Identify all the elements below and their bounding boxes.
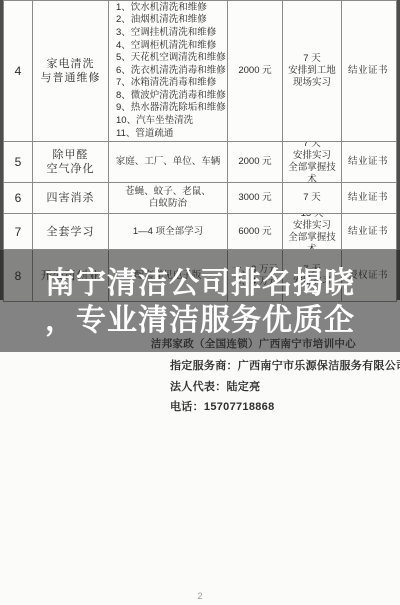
table-row: 7 全套学习 1—4 项全部学习 6000 元 15 天 安排实习 全部掌握技术… <box>4 214 396 250</box>
title-banner-overlay: 南宁清洁公司排名揭晓 ，专业清洁服务优质企 洁邦家政（全国连锁）广西南宁市培训中… <box>0 250 400 352</box>
duration-cell: 7 天 <box>283 183 342 213</box>
banner-title-line1: 南宁清洁公司排名揭晓 <box>0 265 400 302</box>
course-content-cell: 1、饮水机清洗和维修 2、油烟机清洗和维修 3、空调挂机清洗和维修 4、空调柜机… <box>109 1 228 141</box>
row-number-cell: 7 <box>4 214 33 249</box>
table-row: 5 除甲醛 空气净化 家庭、工厂、单位、车辆 2000 元 7 天 安排实习 全… <box>4 142 396 183</box>
certificate-cell: 结业证书 <box>342 142 394 182</box>
banner-title-line2: ，专业清洁服务优质企 <box>0 302 400 339</box>
course-name-cell: 全套学习 <box>33 214 109 249</box>
course-name-cell: 四害消杀 <box>33 183 109 213</box>
designated-provider-label: 指定服务商：广西南宁市乐源保洁服务有限公司 <box>170 357 400 373</box>
row-number-cell: 6 <box>4 183 33 213</box>
table-row: 6 四害消杀 苍蝇、蚊子、老鼠、 白蚁防治 3000 元 7 天 结业证书 <box>4 183 396 214</box>
page-number: 2 <box>0 591 400 601</box>
duration-cell: 15 天 安排实习 全部掌握技术 <box>283 214 342 249</box>
price-cell: 2000 元 <box>228 1 283 141</box>
training-center-label: 洁邦家政（全国连锁）广西南宁市培训中心 <box>151 336 356 351</box>
course-name-cell: 家电清洗 与普通维修 <box>33 1 109 141</box>
price-cell: 2000 元 <box>228 142 283 182</box>
certificate-cell: 结业证书 <box>342 214 394 249</box>
legal-representative-label: 法人代表：陆定亮 <box>170 378 260 394</box>
price-cell: 3000 元 <box>228 183 283 213</box>
certificate-cell: 结业证书 <box>342 183 394 213</box>
course-name-cell: 除甲醛 空气净化 <box>33 142 109 182</box>
course-content-cell: 家庭、工厂、单位、车辆 <box>109 142 228 182</box>
course-content-cell: 1—4 项全部学习 <box>109 214 228 249</box>
price-cell: 6000 元 <box>228 214 283 249</box>
course-content-cell: 苍蝇、蚊子、老鼠、 白蚁防治 <box>109 183 228 213</box>
duration-cell: 7 天 安排实习 全部掌握技术 <box>283 142 342 182</box>
certificate-cell: 结业证书 <box>342 1 394 141</box>
row-number-cell: 4 <box>4 1 33 141</box>
row-number-cell: 5 <box>4 142 33 182</box>
table-row: 4 家电清洗 与普通维修 1、饮水机清洗和维修 2、油烟机清洗和维修 3、空调挂… <box>4 1 396 142</box>
duration-cell: 7 天 安排到工地 现场实习 <box>283 1 342 141</box>
phone-label: 电话：15707718868 <box>170 398 275 414</box>
